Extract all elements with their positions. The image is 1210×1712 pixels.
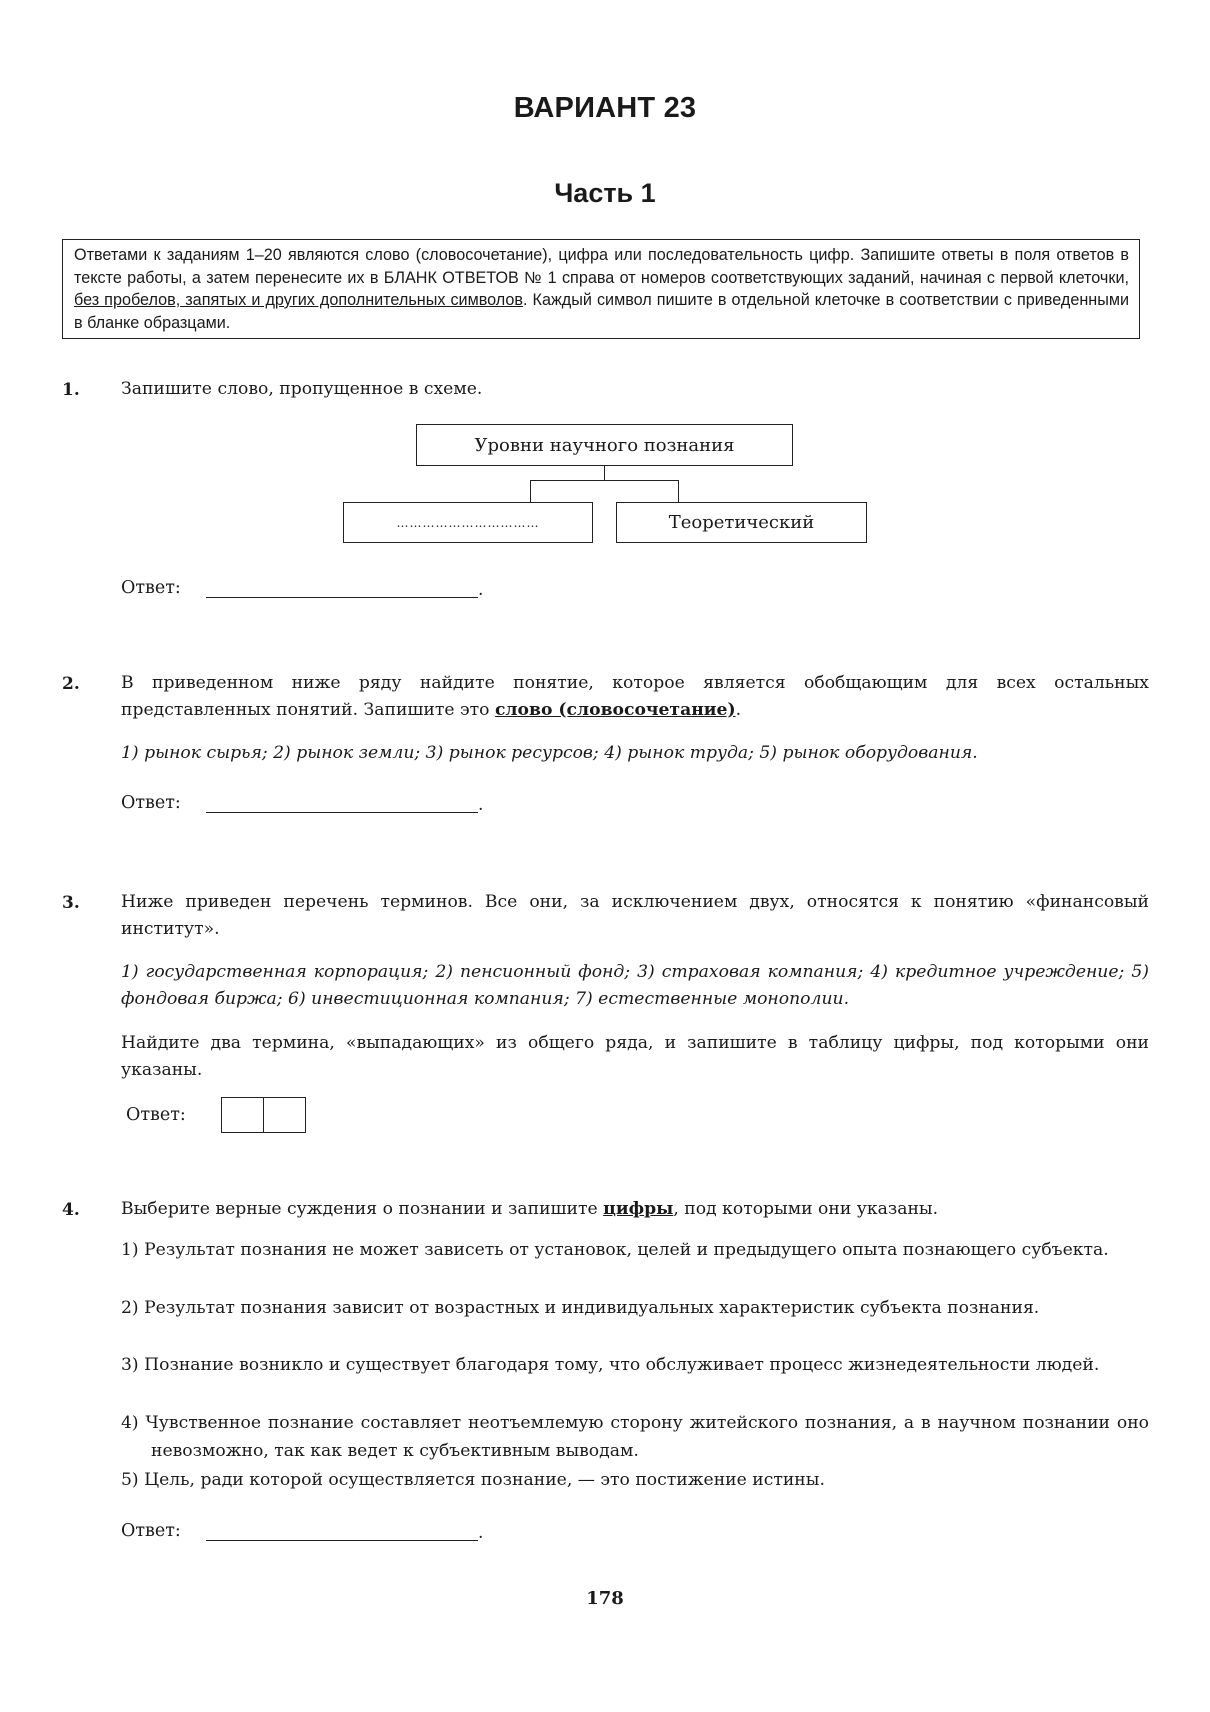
instructions-text-1: Ответами к заданиям 1–20 являются слово …: [74, 246, 1129, 287]
q2-answer-label: Ответ:: [121, 793, 181, 813]
q3-text: Ниже приведен перечень терминов. Все они…: [121, 889, 1149, 943]
q4-option-4: 4) Чувственное познание составляет неотъ…: [121, 1409, 1149, 1465]
instructions-box: Ответами к заданиям 1–20 являются слово …: [62, 239, 1140, 339]
q4-option-2: 2) Результат познания зависит от возраст…: [121, 1294, 1149, 1322]
q2-text-bold: слово (словосочетание): [495, 700, 736, 720]
q4-option-1: 1) Результат познания не может зависеть …: [121, 1236, 1149, 1264]
q3-answer-cell-1[interactable]: [221, 1097, 264, 1133]
instructions-underlined: без пробелов, запятых и других дополните…: [74, 291, 523, 309]
page-number: 178: [0, 1588, 1210, 1609]
q4-option-5: 5) Цель, ради которой осуществляется поз…: [121, 1466, 1149, 1494]
q3-answer-label: Ответ:: [126, 1105, 186, 1125]
q2-text: В приведенном ниже ряду найдите понятие,…: [121, 670, 1149, 724]
q4-option-3: 3) Познание возникло и существует благод…: [121, 1351, 1149, 1379]
q4-text-before: Выберите верные суждения о познании и за…: [121, 1199, 603, 1219]
q1-answer-field[interactable]: [206, 597, 478, 598]
q1-answer-dot: .: [478, 580, 483, 600]
q4-text-bold: цифры: [603, 1199, 673, 1219]
diagram-theoretical-label: Теоретический: [669, 512, 815, 533]
diagram-connector: [530, 480, 679, 481]
q2-answer-dot: .: [478, 795, 483, 815]
q4-text: Выберите верные суждения о познании и за…: [121, 1196, 1149, 1223]
q4-text-after: , под которыми они указаны.: [673, 1199, 938, 1219]
variant-title: ВАРИАНТ 23: [0, 92, 1210, 125]
diagram-top-box: Уровни научного познания: [416, 424, 793, 466]
q3-options: 1) государственная корпорация; 2) пенсио…: [121, 959, 1149, 1013]
diagram-missing-label: ……………………………: [397, 516, 540, 530]
q1-text: Запишите слово, пропущенное в схеме.: [121, 376, 1149, 403]
diagram-top-label: Уровни научного познания: [475, 435, 735, 456]
diagram-missing-box: ……………………………: [343, 502, 593, 543]
q4-answer-dot: .: [478, 1523, 483, 1543]
q3-answer-table: [221, 1097, 306, 1133]
q3-answer-cell-2[interactable]: [263, 1097, 306, 1133]
diagram-theoretical-box: Теоретический: [616, 502, 867, 543]
q2-options: 1) рынок сырья; 2) рынок земли; 3) рынок…: [121, 740, 1149, 767]
q2-text-after: .: [736, 700, 741, 720]
q3-number: 3.: [62, 893, 80, 913]
q3-task: Найдите два термина, «выпадающих» из общ…: [121, 1030, 1149, 1084]
q4-answer-field[interactable]: [206, 1540, 478, 1541]
diagram-connector: [678, 480, 679, 502]
diagram-connector: [530, 480, 531, 502]
q1-answer-label: Ответ:: [121, 578, 181, 598]
part-title: Часть 1: [0, 178, 1210, 209]
q4-number: 4.: [62, 1200, 80, 1220]
q4-answer-label: Ответ:: [121, 1521, 181, 1541]
q2-number: 2.: [62, 674, 80, 694]
q2-answer-field[interactable]: [206, 812, 478, 813]
diagram-connector: [604, 466, 605, 480]
q1-number: 1.: [62, 380, 80, 400]
